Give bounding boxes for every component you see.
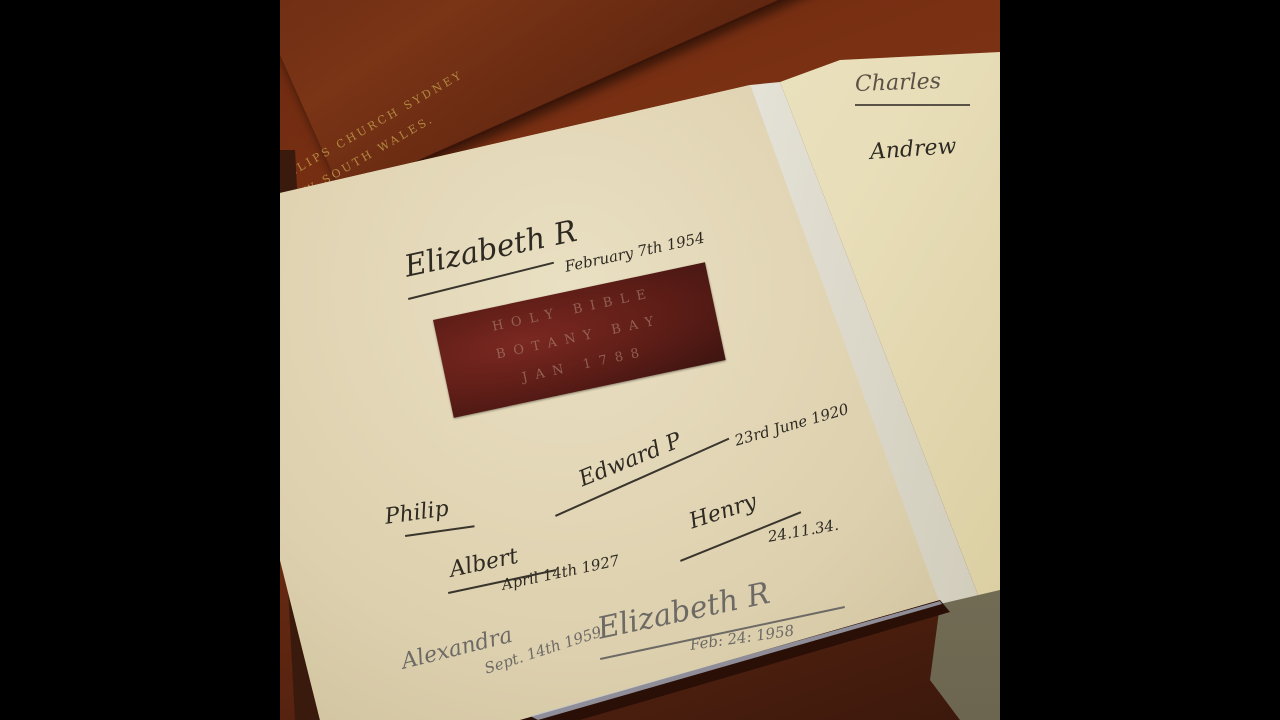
letterbox-left [0,0,280,720]
open-book: HOLY BIBLE BOTANY BAY JAN 1788 Elizabeth… [280,0,1000,720]
photo-frame: LLIPS CHURCH SYDNEY W SOUTH WALES. HOLY … [280,0,1000,720]
signature-charles: Charles [855,69,942,97]
signature-underline [855,104,970,106]
letterbox-right [1000,0,1280,720]
